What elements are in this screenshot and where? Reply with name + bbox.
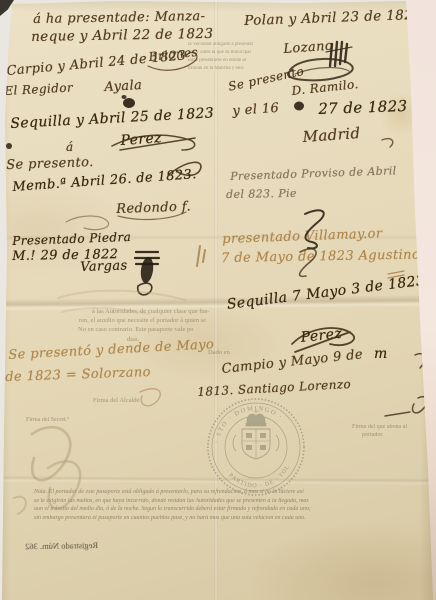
handwritten-entry: Se presentó y dende de Mayo — [8, 337, 215, 363]
handwritten-entry: Vargas — [80, 258, 128, 275]
handwritten-entry: Perez — [300, 326, 343, 346]
seal-coat-of-arms — [233, 429, 279, 459]
handwritten-entry: Sequilla y Abril 25 de 1823 — [10, 105, 215, 132]
scanned-document-photo: { "meta": { "description": "Scanned 1823… — [0, 0, 436, 600]
handwritten-entry: del 823. Pie — [226, 187, 297, 201]
handwritten-entry: Se presento. — [6, 155, 94, 173]
handwritten-entry: á — [66, 140, 74, 154]
seal-ring-text-top: · STO · DOMINGO · — [213, 405, 284, 444]
handwritten-entry: 27 de 1823 — [318, 97, 408, 118]
nota-line: se le exigirán las multas, en que haya i… — [34, 498, 309, 504]
manuscript-paper: la Vecindad obligado á presentarhay y an… — [0, 0, 436, 600]
handwritten-entry: á ha presentade: Manza- — [33, 9, 205, 27]
handwritten-entry: El Regidor — [4, 80, 73, 98]
handwritten-entry: presentado Villamay.or — [222, 226, 383, 247]
handwritten-entry: Perez — [120, 130, 162, 149]
handwritten-entry: D. Ramilo. — [291, 77, 359, 98]
handwritten-entry: y el 16 — [232, 101, 280, 119]
handwritten-entry: Campio y Mayo 9 de — [221, 347, 364, 377]
handwritten-entry: neque y Abril 22 de 1823 — [31, 26, 214, 45]
print-fragment: Firma del Alcalde — [93, 397, 140, 404]
nota-line: sin embargo presentará el pasaporte en c… — [34, 515, 306, 521]
handwritten-entry: 1813. Santiago Lorenzo — [197, 377, 351, 399]
handwritten-entry: de 1823 = Solorzano — [5, 365, 151, 385]
print-fragment: á las Autoridades, de cualquier clase qu… — [92, 308, 210, 315]
print-fragment: la Vecindad obligado á presentar — [188, 42, 253, 47]
print-fragment: ren, el auxilio que necesite el portador… — [79, 317, 206, 324]
print-fragment: Registrado Núm. 362 — [25, 540, 98, 551]
handwritten-entry: Polan y Abril 23 de 182= — [244, 7, 425, 29]
horizontal-fold-main — [0, 295, 436, 312]
handwritten-entry: Carpio y Abril 24 de 1823 — [6, 48, 187, 79]
handwritten-entry: m — [374, 346, 388, 362]
handwritten-entry: Redondo f. — [116, 199, 191, 217]
nota-line: aun el tránsito del medio dia, ó de la n… — [34, 506, 311, 512]
print-fragment: Firma del Secret.º — [26, 417, 69, 423]
handwritten-entry: Madrid — [302, 124, 361, 146]
print-fragment: tirarian en la Mancha y end. — [188, 66, 244, 71]
horizontal-crease-lower — [0, 475, 436, 485]
handwritten-entry: Presentado Piedra — [12, 230, 131, 248]
handwritten-entry: Presentado Proviso de Abril — [230, 164, 397, 183]
seal-crown-icon — [246, 409, 266, 426]
print-fragment: No en caso contrario. Este pasaporte val… — [78, 326, 194, 333]
nota-line: Nota. El portador de este pasaporte está… — [34, 489, 304, 495]
handwritten-entry: Ayala — [104, 78, 143, 95]
handwritten-entry: 7 de Mayo de 1823 Agustino — [221, 248, 420, 266]
svg-text:· STO · DOMINGO ·: · STO · DOMINGO · — [213, 405, 284, 444]
print-fragment: portador. — [362, 432, 384, 438]
handwritten-entry: Lozano — [283, 39, 334, 57]
print-fragment: Firma del que abona al — [352, 424, 407, 430]
